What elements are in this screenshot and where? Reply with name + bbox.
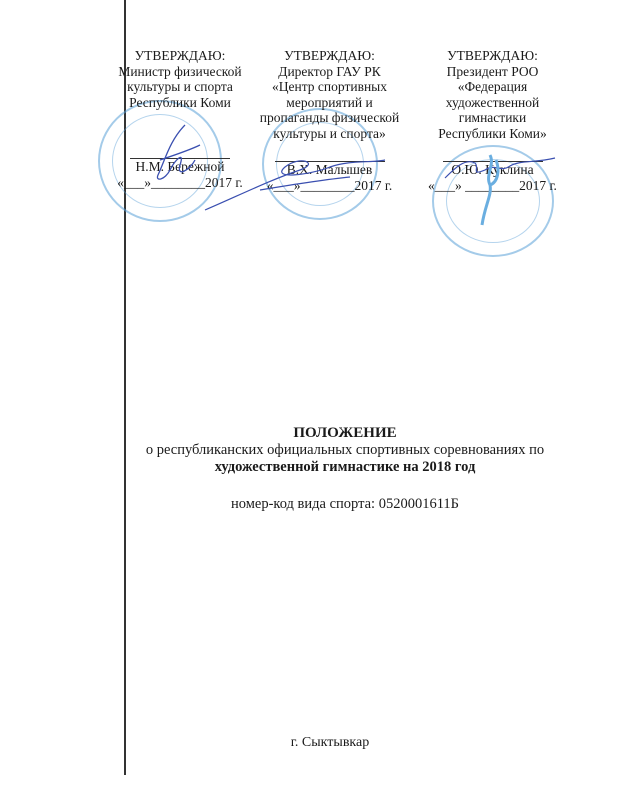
approval-line: Министр физической [100,64,260,80]
approval-block-minister: УТВЕРЖДАЮ: Министр физической культуры и… [100,48,260,190]
approval-line: художественной [415,95,570,111]
signatory-name: Н.М. Бережной [100,159,260,175]
approval-line: Республики Коми» [415,126,570,142]
approval-date: «___»________2017 г. [100,175,260,191]
approval-block-director: УТВЕРЖДАЮ: Директор ГАУ РК «Центр спорти… [252,48,407,193]
approval-title: УТВЕРЖДАЮ: [415,48,570,64]
document-subtitle-bold: художественной гимнастике на 2018 год [120,459,570,476]
approval-line: Республики Коми [100,95,260,111]
signature-line [275,141,385,162]
approval-block-president: УТВЕРЖДАЮ: Президент РОО «Федерация худо… [415,48,570,193]
approval-line: гимнастики [415,110,570,126]
approval-line: культуры и спорта» [252,126,407,142]
approval-date: «___» ________2017 г. [415,178,570,194]
approval-line: культуры и спорта [100,79,260,95]
approval-date: «___»________2017 г. [252,178,407,194]
approval-line: пропаганды физической [252,110,407,126]
city-label: г. Сыктывкар [0,735,618,751]
approval-title: УТВЕРЖДАЮ: [252,48,407,64]
approval-line: мероприятий и [252,95,407,111]
document-heading: ПОЛОЖЕНИЕ [120,425,570,442]
sport-code: номер-код вида спорта: 0520001611Б [120,496,570,513]
approval-line: «Центр спортивных [252,79,407,95]
signatory-name: В.Х. Малышев [252,162,407,178]
approval-line: «Федерация [415,79,570,95]
signature-line [443,141,543,162]
approval-title: УТВЕРЖДАЮ: [100,48,260,64]
signature-line [130,110,230,159]
approval-line: Директор ГАУ РК [252,64,407,80]
document-title-block: ПОЛОЖЕНИЕ о республиканских официальных … [120,425,570,513]
signatory-name: О.Ю. Куклина [415,162,570,178]
approval-line: Президент РОО [415,64,570,80]
document-subtitle: о республиканских официальных спортивных… [120,442,570,459]
